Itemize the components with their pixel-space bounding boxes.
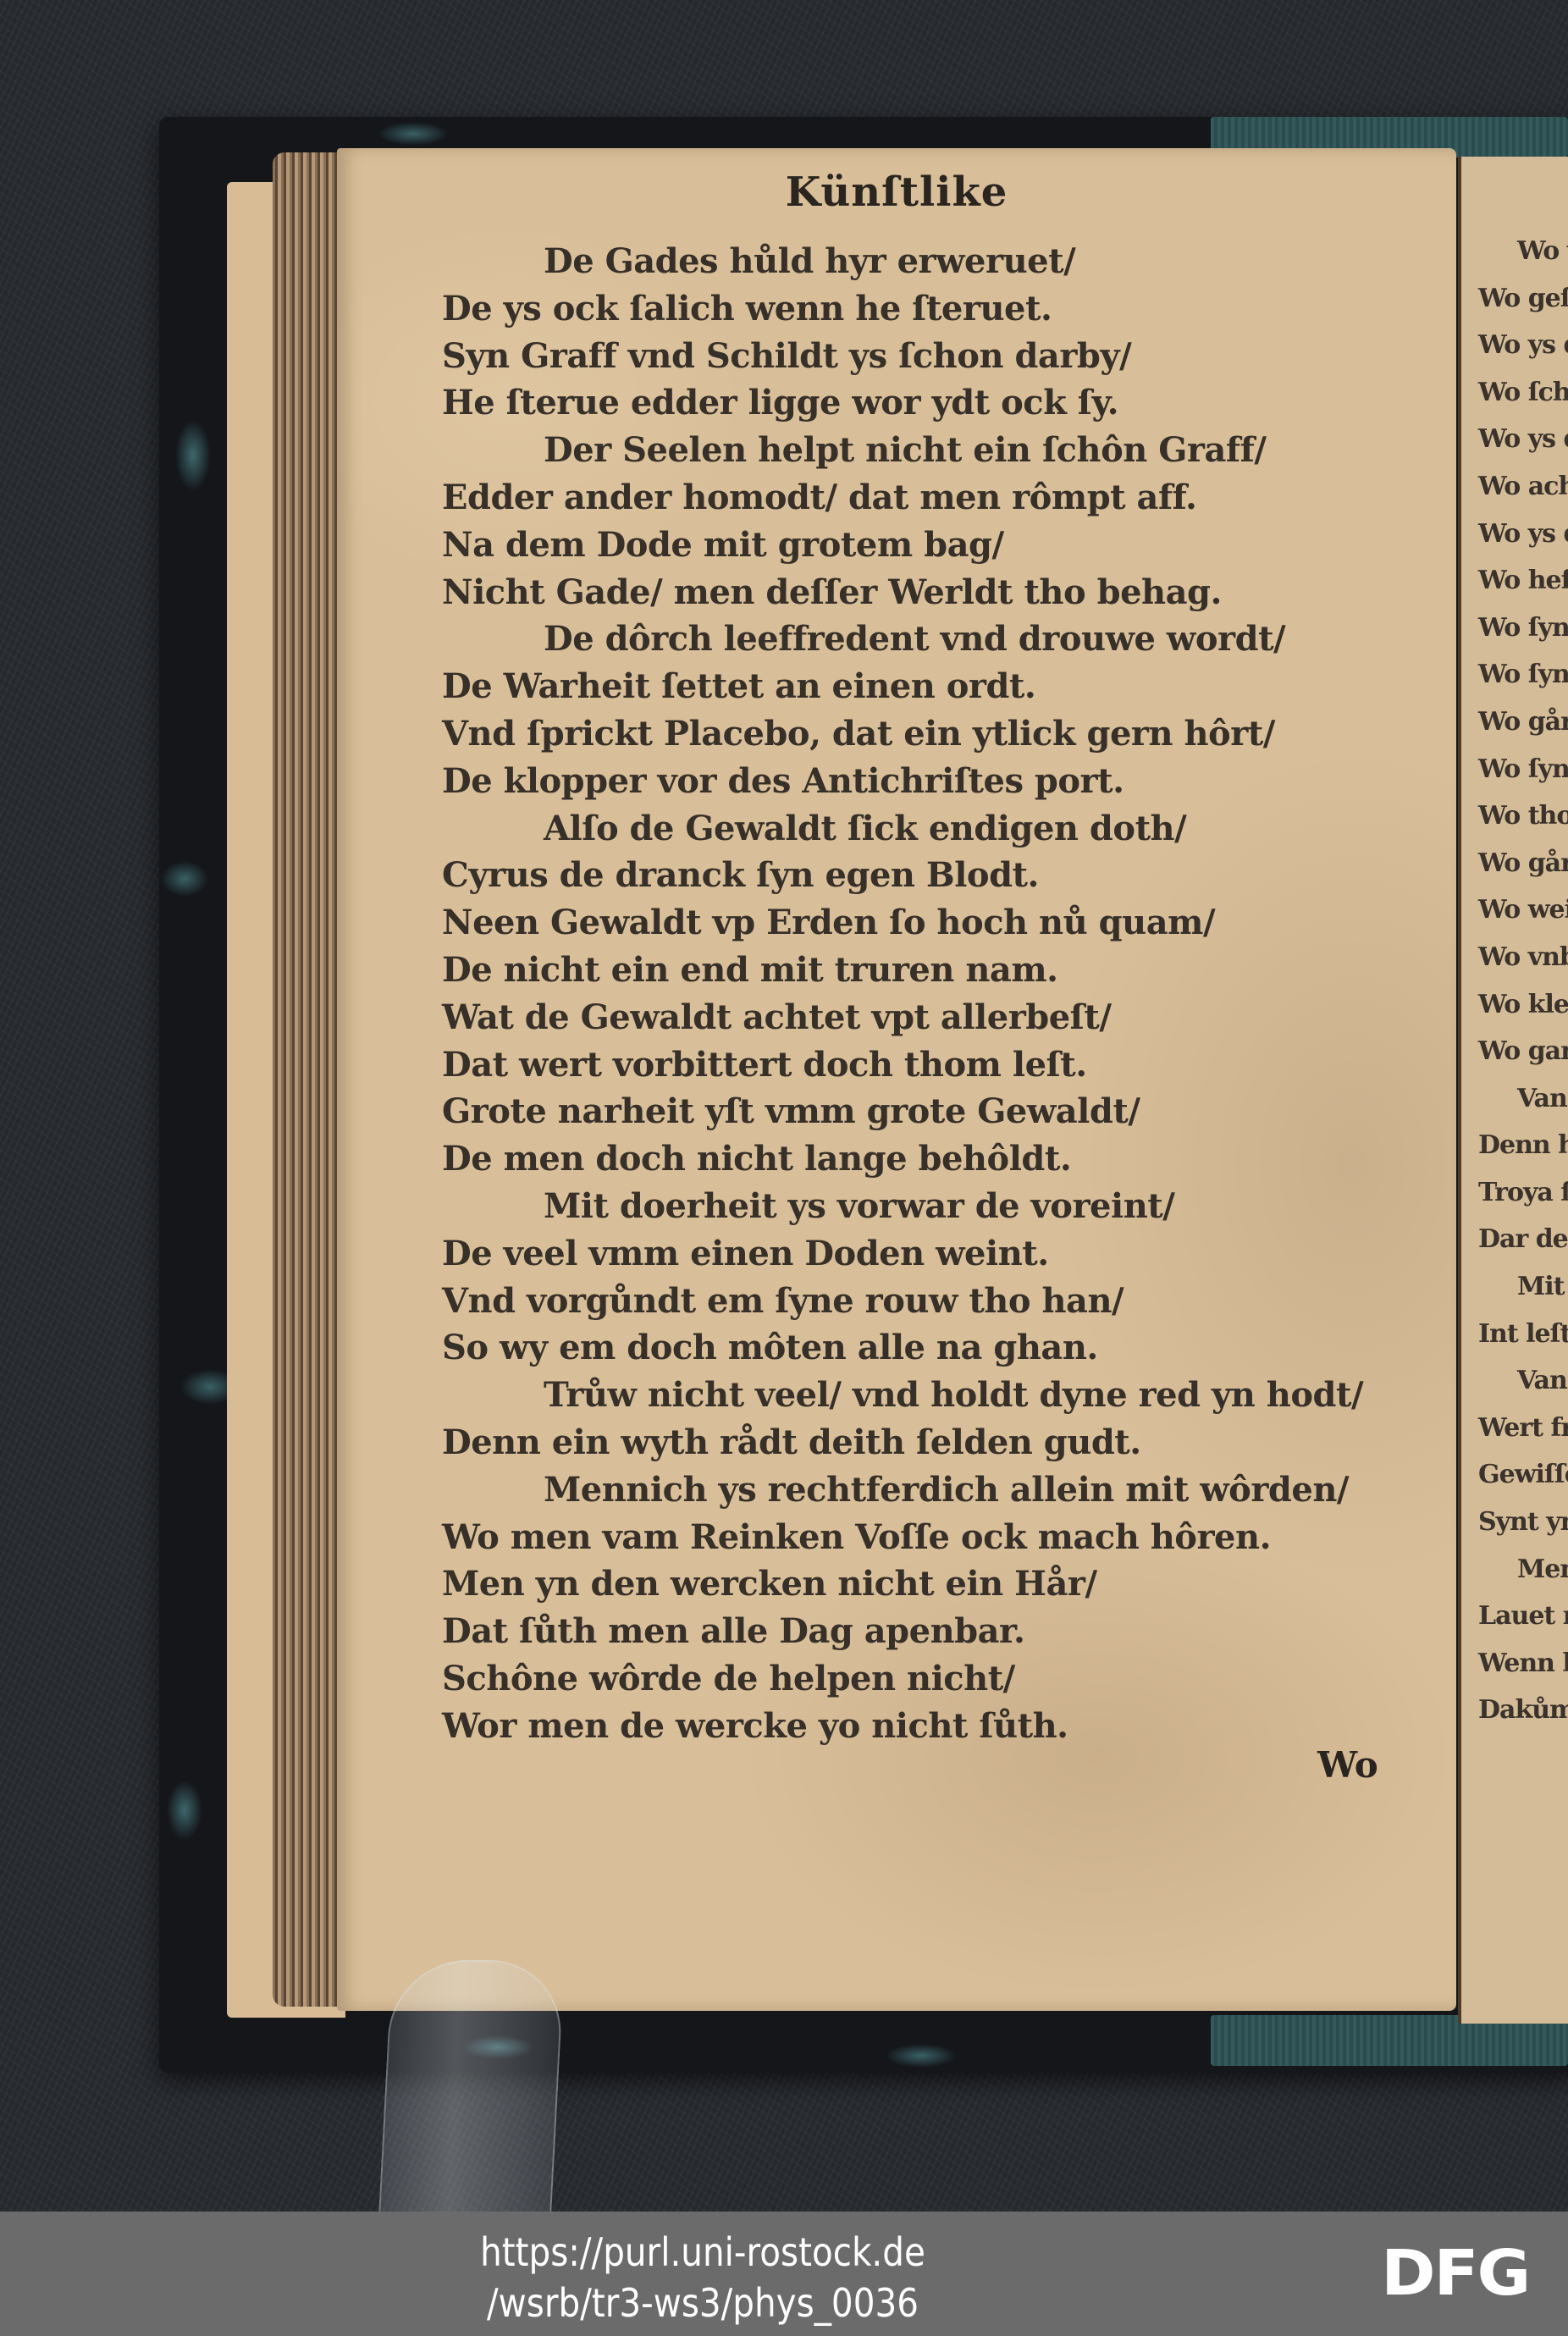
text-line: Wo ys xyxy=(1478,228,1568,275)
text-line: Na dem Dode mit grotem bag/ xyxy=(442,522,1441,569)
text-line: De Warheit ſettet an einen ordt. xyxy=(442,663,1441,710)
text-line: Wo ys dat g xyxy=(1478,416,1568,463)
text-line: Syn Graff vnd Schildt ys ſchon darby/ xyxy=(442,333,1441,380)
text-line: De nicht ein end mit truren nam. xyxy=(442,947,1441,994)
footer-bar: https://purl.uni-rostock.de /wsrb/tr3-ws… xyxy=(0,2212,1568,2336)
book-page: Künſtlike De Gades hůld hyr erweruet/De … xyxy=(337,148,1456,2011)
text-line: Wor men de wercke yo nicht ſůth. xyxy=(442,1703,1441,1750)
text-line: Denn ein wyth rådt deith ſelden gudt. xyxy=(442,1419,1441,1466)
text-line: Neen Gewaldt vp Erden ſo hoch nů quam/ xyxy=(442,899,1441,947)
text-line: Wo tho ys xyxy=(1478,792,1568,840)
page-text-block: De Gades hůld hyr erweruet/De ys ock ſal… xyxy=(442,238,1441,1750)
facing-page: Wo ysWo geſchůtWo ys de DWo ſchweueWo ys… xyxy=(1458,157,1568,2024)
text-line: Wo ys de G xyxy=(1478,511,1568,558)
text-line: He ſterue edder ligge wor ydt ock ſy. xyxy=(442,379,1441,427)
text-line: Wo ſyn de xyxy=(1478,746,1568,793)
text-line: Wo ganz xyxy=(1478,1028,1568,1075)
text-line: Wat de Gewaldt achtet vpt allerbeſt/ xyxy=(442,994,1441,1041)
text-line: Wo weinich xyxy=(1478,886,1568,934)
text-line: Wo ſchweue xyxy=(1478,369,1568,417)
text-line: Wo klein xyxy=(1478,981,1568,1029)
text-line: Grote narheit yſt vmm grote Gewaldt/ xyxy=(442,1088,1441,1135)
text-line: Vnd vorgůndt em ſyne rouw tho han/ xyxy=(442,1278,1441,1325)
catchword: Wo xyxy=(1317,1744,1378,1786)
text-line: Alſo de Gewaldt ſick endigen doth/ xyxy=(442,805,1441,853)
permalink-line-1[interactable]: https://purl.uni-rostock.de xyxy=(85,2227,1322,2278)
text-line: Men xyxy=(1478,1546,1568,1593)
text-line: Wo heft B xyxy=(1478,557,1568,605)
text-line: Dakůmp xyxy=(1478,1687,1568,1734)
text-line: Trůw nicht veel/ vnd holdt dyne red yn h… xyxy=(442,1372,1441,1419)
text-line: Dat wert vorbittert doch thom leſt. xyxy=(442,1041,1441,1089)
text-line: Wo achter n xyxy=(1478,463,1568,511)
page-header: Künſtlike xyxy=(337,168,1456,216)
text-line: Wo går ys xyxy=(1478,840,1568,887)
text-line: Mit xyxy=(1478,1263,1568,1311)
text-line: Mit doerheit ys vorwar de voreint/ xyxy=(442,1183,1441,1230)
text-line: Mennich ys rechtferdich allein mit wôrde… xyxy=(442,1466,1441,1514)
text-line: Dat ſůth men alle Dag apenbar. xyxy=(442,1608,1441,1655)
text-line: De klopper vor des Antichriſtes port. xyxy=(442,758,1441,805)
text-line: Schône wôrde de helpen nicht/ xyxy=(442,1655,1441,1703)
text-line: Dar der G xyxy=(1478,1216,1568,1263)
text-line: Int leſt vr xyxy=(1478,1311,1568,1358)
text-line: Wo ys de D xyxy=(1478,322,1568,369)
text-line: Nicht Gade/ men deſſer Werldt tho behag. xyxy=(442,569,1441,616)
text-line: De ys ock ſalich wenn he ſteruet. xyxy=(442,285,1441,333)
text-line: Cyrus de dranck ſyn egen Blodt. xyxy=(442,852,1441,899)
text-line: Wo ſyn de xyxy=(1478,651,1568,699)
text-line: Gewiſſe xyxy=(1478,1451,1568,1499)
text-line: Wo går ys xyxy=(1478,699,1568,746)
text-line: De veel vmm einen Doden weint. xyxy=(442,1230,1441,1278)
text-line: Van xyxy=(1478,1357,1568,1405)
text-line: Wo men vam Reinken Voſſe ock mach hôren. xyxy=(442,1514,1441,1561)
text-line: De dôrch leeffredent vnd drouwe wordt/ xyxy=(442,616,1441,663)
text-line: Wenn he xyxy=(1478,1640,1568,1687)
text-line: Der Seelen helpt nicht ein ſchôn Graff/ xyxy=(442,427,1441,474)
text-line: De men doch nicht lange behôldt. xyxy=(442,1135,1441,1183)
permalink[interactable]: https://purl.uni-rostock.de /wsrb/tr3-ws… xyxy=(85,2227,1322,2328)
text-line: Wo ſyn de xyxy=(1478,605,1568,652)
text-line: Men yn den wercken nicht ein Hår/ xyxy=(442,1560,1441,1608)
text-line: So wy em doch môten alle na ghan. xyxy=(442,1324,1441,1372)
text-line: Synt yn xyxy=(1478,1499,1568,1546)
text-line: Van xyxy=(1478,1075,1568,1123)
text-line: Vnd ſprickt Placebo, dat ein ytlick gern… xyxy=(442,710,1441,758)
permalink-line-2[interactable]: /wsrb/tr3-ws3/phys_0036 xyxy=(85,2278,1322,2328)
facing-page-text: Wo ysWo geſchůtWo ys de DWo ſchweueWo ys… xyxy=(1478,228,1568,1734)
text-line: Wo vnber xyxy=(1478,934,1568,981)
page-holder-clip xyxy=(378,1960,565,2216)
text-line: Denn hedd xyxy=(1478,1122,1568,1169)
text-line: De Gades hůld hyr erweruet/ xyxy=(442,238,1441,285)
text-line: Edder ander homodt/ dat men rômpt aff. xyxy=(442,474,1441,522)
text-line: Wert fran xyxy=(1478,1405,1568,1452)
text-line: Lauet my xyxy=(1478,1593,1568,1640)
text-line: Troya ſtůr xyxy=(1478,1169,1568,1217)
dfg-logo: DFG xyxy=(1381,2244,1555,2303)
text-line: Wo geſchůt xyxy=(1478,275,1568,323)
